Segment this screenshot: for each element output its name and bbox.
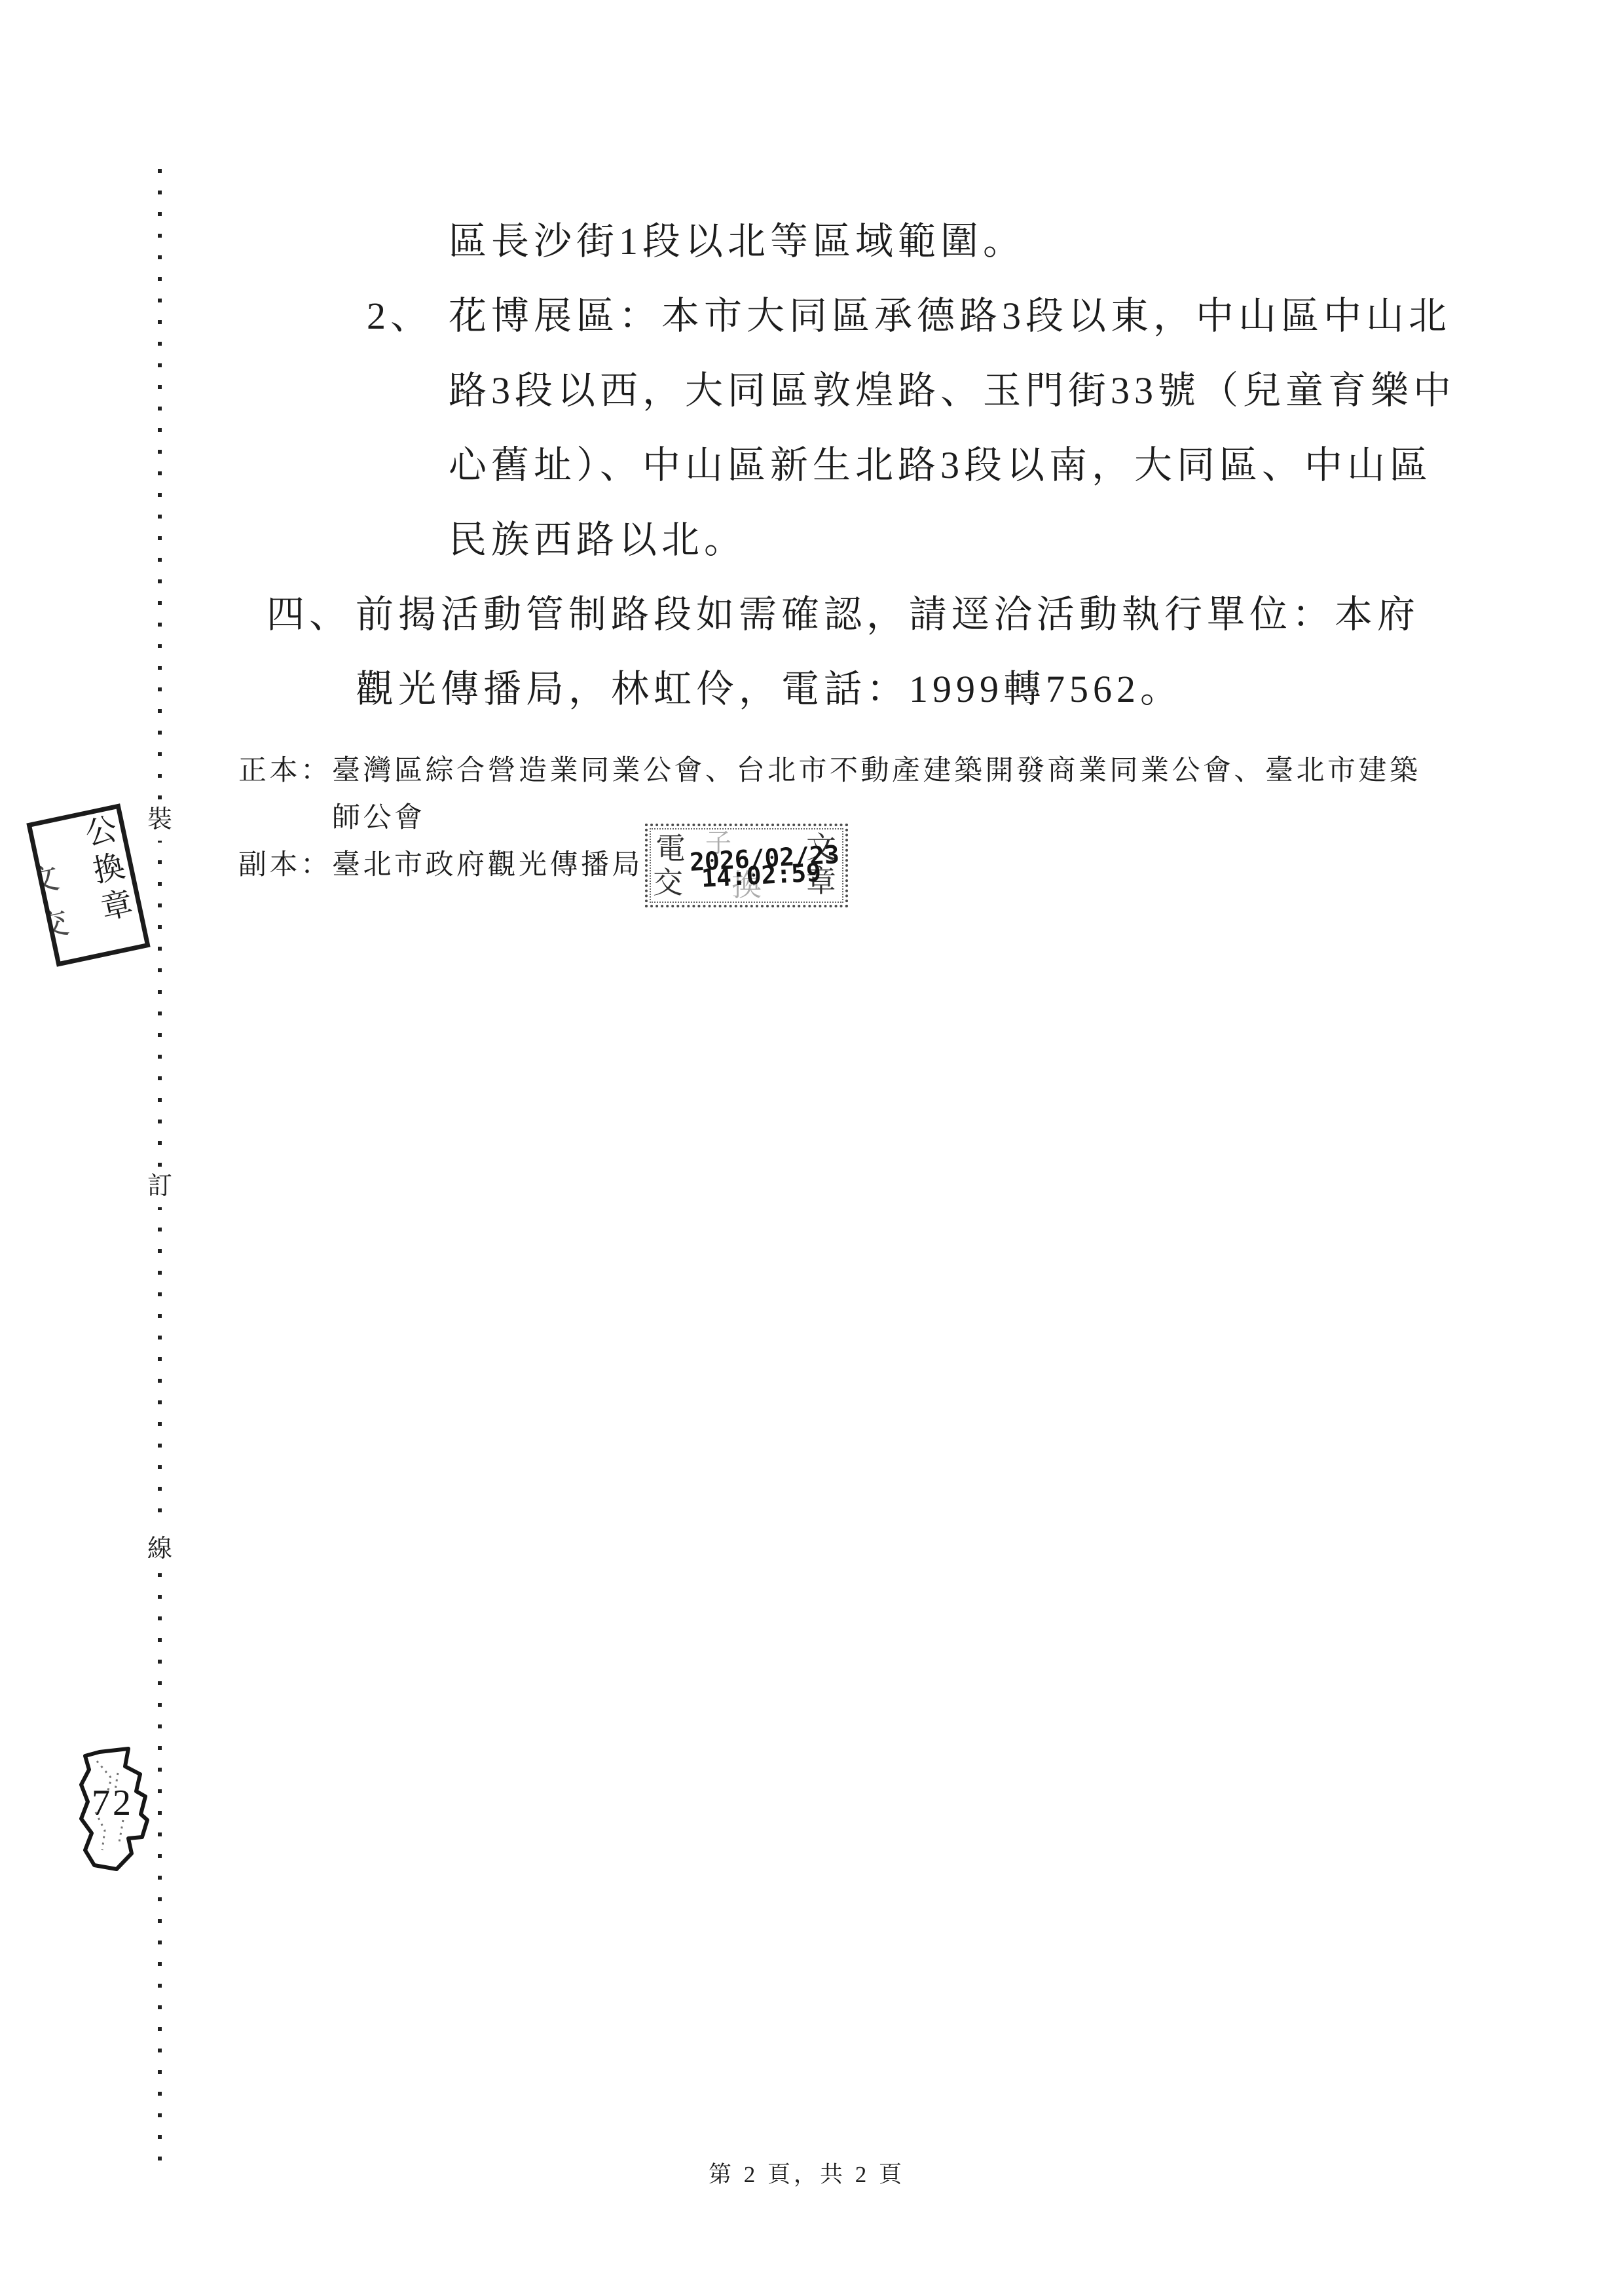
corner-stamp-char-partial: 文 bbox=[39, 864, 53, 900]
body-line-item4: 四、前揭活動管制路段如需確認，請逕洽活動執行單位：本府 bbox=[267, 593, 1420, 637]
page-footer: 第 2 頁，共 2 頁 bbox=[709, 2157, 905, 2189]
original-copy-text: 臺灣區綜合營造業同業公會、台北市不動產建築開發商業同業公會、臺北市建築 bbox=[332, 756, 1421, 786]
item2-marker: 2、 bbox=[367, 295, 449, 338]
page-number-seal: 72 bbox=[77, 1747, 151, 1875]
binding-char-xian: 線 bbox=[145, 1529, 174, 1570]
item2-text: 花博展區：本市大同區承德路3段以東，中山區中山北 bbox=[449, 295, 1451, 337]
body-line-item4-cont: 觀光傳播局，林虹伶，電話：1999轉7562。 bbox=[356, 668, 1183, 712]
corner-stamp-char: 公 bbox=[83, 814, 120, 851]
document-exchange-corner-stamp: 文 交 公 換 章 bbox=[26, 803, 150, 966]
original-copy-label: 正本： bbox=[238, 754, 332, 788]
estamp-char-dian: 電 bbox=[655, 834, 686, 864]
estamp-time: 14:02:59 bbox=[701, 860, 822, 891]
carbon-copy-label: 副本： bbox=[238, 848, 332, 883]
body-line-item2-cont: 路3段以西，大同區敦煌路、玉門街33號（兒童育樂中 bbox=[449, 369, 1456, 413]
binding-char-ding: 訂 bbox=[145, 1167, 174, 1207]
recipients-copy-line: 副本：臺北市政府觀光傳播局 bbox=[238, 848, 643, 883]
document-page: 裝 訂 線 文 交 公 換 章 區長沙街1段以北等區域範圍。 2、花博展區：本市… bbox=[0, 0, 1624, 2296]
corner-stamp-char: 換 bbox=[90, 850, 128, 888]
body-line-item2: 2、花博展區：本市大同區承德路3段以東，中山區中山北 bbox=[367, 295, 1451, 338]
binding-char-zhuang: 裝 bbox=[145, 800, 174, 841]
corner-stamp-left-column: 文 交 bbox=[39, 861, 77, 941]
item4-text: 前揭活動管制路段如需確認，請逕洽活動執行單位：本府 bbox=[356, 593, 1420, 636]
estamp-char-jiao: 交 bbox=[653, 868, 683, 898]
seal-number: 72 bbox=[83, 1785, 143, 1821]
corner-stamp-right-column: 公 換 章 bbox=[80, 813, 138, 926]
corner-stamp-char: 章 bbox=[98, 888, 136, 925]
recipients-original-line: 正本：臺灣區綜合營造業同業公會、台北市不動產建築開發商業同業公會、臺北市建築 bbox=[238, 754, 1421, 788]
recipients-original-line2: 師公會 bbox=[332, 801, 426, 835]
body-line-item2-cont: 民族西路以北。 bbox=[449, 519, 747, 562]
carbon-copy-text: 臺北市政府觀光傳播局 bbox=[332, 850, 643, 881]
electronic-exchange-stamp: 電 交 子 換 文 章 2026/02/23 14:02:59 bbox=[645, 824, 848, 907]
body-line-item2-cont: 心舊址）、中山區新生北路3段以南，大同區、中山區 bbox=[449, 444, 1432, 488]
corner-stamp-char-partial: 交 bbox=[39, 909, 62, 941]
body-line-continuation: 區長沙街1段以北等區域範圍。 bbox=[449, 220, 1025, 264]
item4-marker: 四、 bbox=[267, 593, 356, 637]
